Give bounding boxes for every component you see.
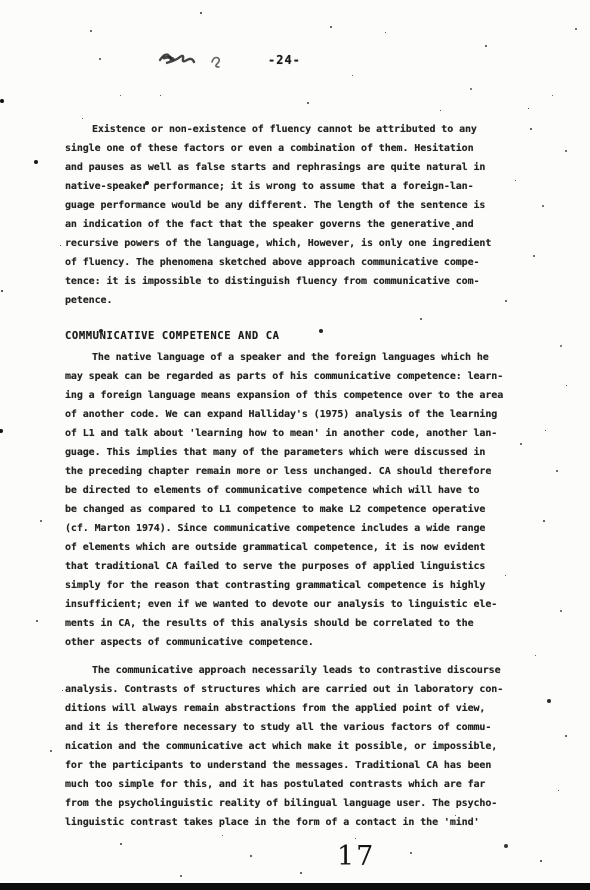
header-page-number: -24- [268, 53, 301, 67]
text-line: single one of these factors or even a co… [65, 139, 545, 158]
text-line: The native language of a speaker and the… [65, 348, 545, 367]
text-line: recursive powers of the language, which,… [65, 234, 545, 253]
text-line: linguistic contrast takes place in the f… [65, 813, 545, 832]
text-line: insufficient; even if we wanted to devot… [65, 595, 545, 614]
bottom-scan-edge [0, 883, 590, 890]
text-line: ing a foreign language means expansion o… [65, 386, 545, 405]
text-line: and pauses as well as false starts and r… [65, 158, 545, 177]
text-line: of elements which are outside grammatica… [65, 538, 545, 557]
text-line: of fluency. The phenomena sketched above… [65, 253, 545, 272]
text-line: be directed to elements of communicative… [65, 481, 545, 500]
text-line: ments in CA, the results of this analysi… [65, 614, 545, 633]
paragraph: The native language of a speaker and the… [65, 348, 545, 652]
text-line: analysis. Contrasts of structures which … [65, 680, 545, 699]
text-line: (cf. Marton 1974). Since communicative c… [65, 519, 545, 538]
text-line: Existence or non-existence of fluency ca… [65, 120, 545, 139]
paragraph: Existence or non-existence of fluency ca… [65, 120, 545, 310]
text-line: and it is therefore necessary to study a… [65, 718, 545, 737]
scan-noise-layer [0, 0, 1, 1]
text-line: an indication of the fact that the speak… [65, 215, 545, 234]
text-line: simply for the reason that contrasting g… [65, 576, 545, 595]
text-line: that traditional CA failed to serve the … [65, 557, 545, 576]
pencil-scribble [156, 46, 246, 80]
text-line: for the participants to understand the m… [65, 756, 545, 775]
text-line: other aspects of communicative competenc… [65, 633, 545, 652]
footer-page-number: 17 [337, 841, 375, 872]
text-line: native-speaker performance; it is wrong … [65, 177, 545, 196]
text-line: the preceding chapter remain more or les… [65, 462, 545, 481]
text-line: tence: it is impossible to distinguish f… [65, 272, 545, 291]
scanned-document-page: -24- Existence or non-existence of fluen… [0, 0, 590, 890]
text-line: nication and the communicative act which… [65, 737, 545, 756]
text-line: be changed as compared to L1 competence … [65, 500, 545, 519]
text-line: of L1 and talk about 'learning how to me… [65, 424, 545, 443]
paragraph: The communicative approach necessarily l… [65, 661, 545, 832]
text-line: may speak can be regarded as parts of hi… [65, 367, 545, 386]
text-line: of another code. We can expand Halliday'… [65, 405, 545, 424]
text-line: The communicative approach necessarily l… [65, 661, 545, 680]
section-heading: COMMUNICATIVE COMPETENCE AND CA [65, 330, 280, 342]
text-line: ditions will always remain abstractions … [65, 699, 545, 718]
text-line: much too simple for this, and it has pos… [65, 775, 545, 794]
text-line: from the psycholinguistic reality of bil… [65, 794, 545, 813]
text-line: guage. This implies that many of the par… [65, 443, 545, 462]
text-line: petence. [65, 291, 545, 310]
text-line: guage performance would be any different… [65, 196, 545, 215]
